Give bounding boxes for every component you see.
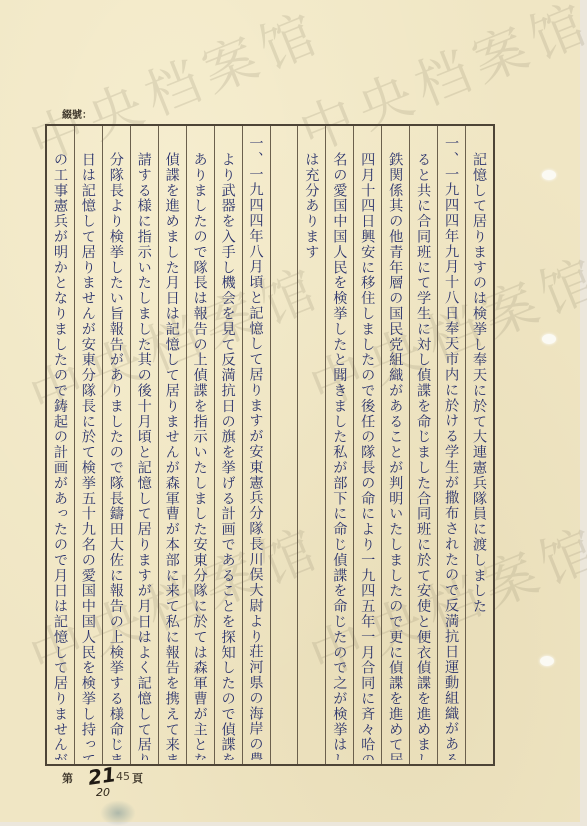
punch-hole xyxy=(540,656,554,666)
handwritten-line: 日は記憶して居りませんが安東分隊長に於て検挙五十九名の愛国中国人民を検挙し持って… xyxy=(75,152,102,760)
handwritten-line: ありましたので隊長は報告の上偵諜を指示いたしました安東分隊に於ては森軍曹が主とな… xyxy=(187,152,214,760)
grid-column: は充分あります xyxy=(297,126,325,764)
handwritten-line: ると共に合同班にて学生に対し偵諜を命じました合同班に於て安使と便衣偵諜を進めまし… xyxy=(410,152,437,760)
punch-hole xyxy=(542,334,556,344)
grid-column xyxy=(270,126,298,764)
grid-column: の工事憲兵が明かとなりましたので鋳起の計画があったので月日は記憶して居りませんが… xyxy=(47,126,74,764)
grid-column: 偵諜を進めました月日は記憶して居りませんが森軍曹が本部に来て私に報告を携えて来ま… xyxy=(158,126,186,764)
handwritten-line: は充分あります xyxy=(298,152,325,760)
handwritten-line: 四月十四日興安に移住しましたので後任の隊長の命により一九四五年一月合同に斉々哈の… xyxy=(354,152,381,760)
handwritten-line: 一、一九四四年八月頃と記憶して居りますが安東憲兵分隊長川俣大尉より荘河県の海岸の… xyxy=(243,136,270,760)
grid-column: ると共に合同班にて学生に対し偵諜を命じました合同班に於て安使と便衣偵諜を進めまし… xyxy=(409,126,437,764)
handwritten-line: の工事憲兵が明かとなりましたので鋳起の計画があったので月日は記憶して居りませんが… xyxy=(47,152,74,760)
grid-column: より武器を入手し機会を見て反満抗日の旗を挙げる計画であることを探知したので偵諜を… xyxy=(214,126,242,764)
manuscript-grid: 記憶して居りますのは検挙し奉天に於て大連憲兵隊員に渡しました一、一九四四年九月十… xyxy=(45,124,495,766)
page-suffix: 頁 xyxy=(132,770,143,786)
page-prefix: 第 xyxy=(62,772,73,785)
grid-column: ありましたので隊長は報告の上偵諜を指示いたしました安東分隊に於ては森軍曹が主とな… xyxy=(186,126,214,764)
handwritten-line: 鉄関係其の他青年層の国民党組織があることが判明いたしましたので更に偵諜を進めて居… xyxy=(382,152,409,760)
grid-column: 名の愛国中国人民を検挙したと聞きました私が部下に命じ偵諜を命じたので之が検挙はし… xyxy=(325,126,353,764)
handwritten-line: より武器を入手し機会を見て反満抗日の旗を挙げる計画であることを探知したので偵諜を… xyxy=(215,152,242,760)
punch-hole xyxy=(542,170,556,180)
grid-column: 日は記憶して居りませんが安東分隊長に於て検挙五十九名の愛国中国人民を検挙し持って… xyxy=(74,126,102,764)
handwritten-line: 偵諜を進めました月日は記憶して居りませんが森軍曹が本部に来て私に報告を携えて来ま… xyxy=(159,152,186,760)
handwritten-line: 記憶して居りますのは検挙し奉天に於て大連憲兵隊員に渡しました xyxy=(466,152,493,760)
handwritten-line: 名の愛国中国人民を検挙したと聞きました私が部下に命じ偵諜を命じたので之が検挙はし… xyxy=(326,152,353,760)
page-number-alt: 20 xyxy=(96,786,110,799)
page-total: 45 xyxy=(116,770,130,783)
page-footer: 第 xyxy=(62,770,73,786)
handwritten-line: 請する様に指示いたしました其の後十月頃と記憶して居りますが月日はよく記憶して居り… xyxy=(131,152,158,760)
grid-column: 一、一九四四年九月十八日奉天市内に於ける学生が撒布されたので反満抗日運動組織があ… xyxy=(437,126,465,764)
grid-column: 四月十四日興安に移住しましたので後任の隊長の命により一九四五年一月合同に斉々哈の… xyxy=(353,126,381,764)
handwritten-line: 分隊長より検挙したい旨報告がありましたので隊長鑄田大佐に報告の上検挙する様命じま… xyxy=(103,152,130,760)
document-page: 中央档案馆 中央档案馆 中央档案馆 中央档案馆 中央档案馆 中央档案馆 綴號： … xyxy=(0,0,580,822)
file-number-label: 綴號： xyxy=(62,106,92,121)
grid-column: 一、一九四四年八月頃と記憶して居りますが安東憲兵分隊長川俣大尉より荘河県の海岸の… xyxy=(242,126,270,764)
handwritten-line xyxy=(271,152,298,760)
ink-smudge xyxy=(100,800,136,826)
grid-column: 記憶して居りますのは検挙し奉天に於て大連憲兵隊員に渡しました xyxy=(465,126,493,764)
handwritten-line: 一、一九四四年九月十八日奉天市内に於ける学生が撒布されたので反満抗日運動組織があ… xyxy=(438,136,465,760)
grid-column: 鉄関係其の他青年層の国民党組織があることが判明いたしましたので更に偵諜を進めて居… xyxy=(381,126,409,764)
grid-column: 請する様に指示いたしました其の後十月頃と記憶して居りますが月日はよく記憶して居り… xyxy=(130,126,158,764)
grid-column: 分隊長より検挙したい旨報告がありましたので隊長鑄田大佐に報告の上検挙する様命じま… xyxy=(102,126,130,764)
